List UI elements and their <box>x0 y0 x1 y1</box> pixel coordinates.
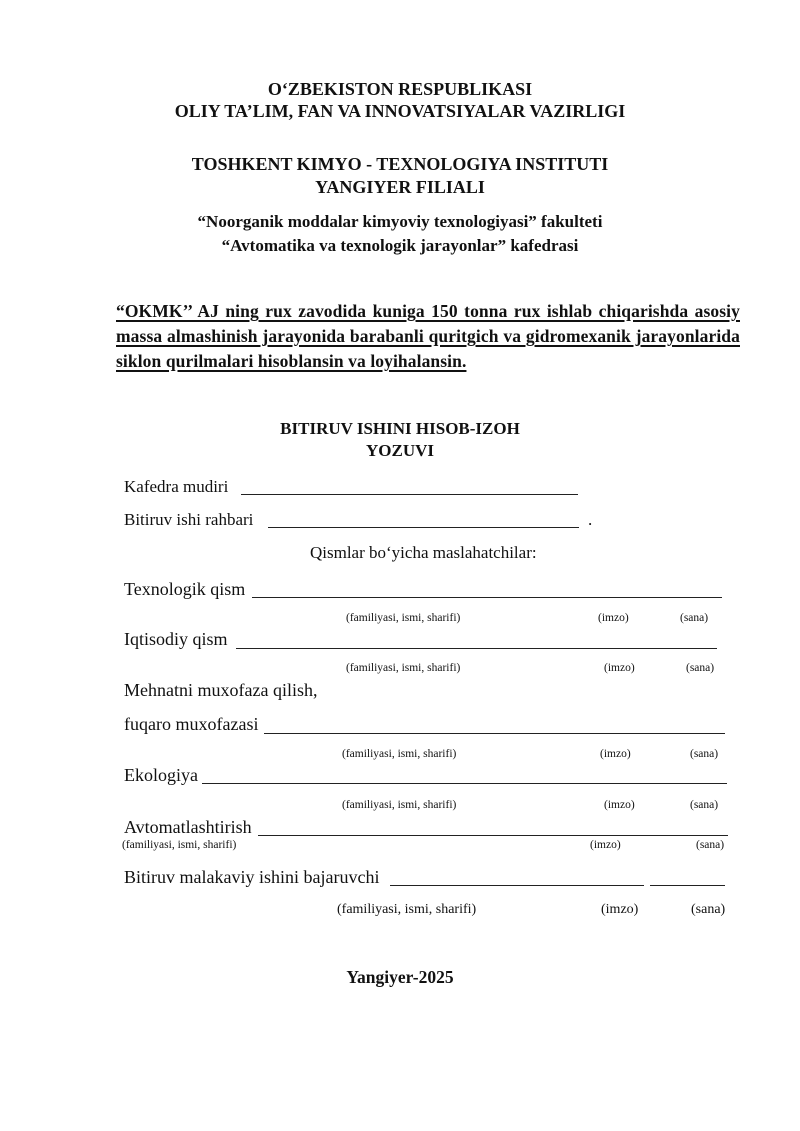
technological-part-signature-line[interactable] <box>252 597 722 598</box>
supervisor-signature-line[interactable] <box>268 527 579 528</box>
date-caption: (sana) <box>686 661 714 675</box>
performer-name-line[interactable] <box>390 885 644 886</box>
name-caption: (familiyasi, ismi, sharifi) <box>346 611 460 625</box>
name-caption: (familiyasi, ismi, sharifi) <box>122 838 236 852</box>
performer-date-line[interactable] <box>650 885 725 886</box>
faculty-title: “Noorganik moddalar kimyoviy texnologiya… <box>0 210 800 234</box>
signature-caption: (imzo) <box>600 747 631 761</box>
date-caption: (sana) <box>690 747 718 761</box>
name-caption: (familiyasi, ismi, sharifi) <box>342 747 456 761</box>
ecology-label: Ekologiya <box>124 765 198 785</box>
date-caption: (sana) <box>690 798 718 812</box>
head-of-department-label: Kafedra mudiri <box>124 477 228 497</box>
name-caption: (familiyasi, ismi, sharifi) <box>337 902 476 918</box>
date-caption: (sana) <box>680 611 708 625</box>
name-caption: (familiyasi, ismi, sharifi) <box>342 798 456 812</box>
economic-part-label: Iqtisodiy qism <box>124 629 228 649</box>
department-title: “Avtomatika va texnologik jarayonlar” ka… <box>0 234 800 258</box>
supervisor-label: Bitiruv ishi rahbari <box>124 510 253 530</box>
signature-caption: (imzo) <box>604 798 635 812</box>
technological-part-label: Texnologik qism <box>124 579 245 599</box>
document-title-line2: YOZUVI <box>0 440 800 462</box>
consultants-heading: Qismlar bo‘yicha maslahatchilar: <box>310 543 537 563</box>
economic-part-signature-line[interactable] <box>236 648 717 649</box>
date-caption: (sana) <box>696 838 724 852</box>
supervisor-suffix: . <box>588 510 592 530</box>
automation-label: Avtomatlashtirish <box>124 817 252 837</box>
labor-protection-signature-line[interactable] <box>264 733 725 734</box>
signature-caption: (imzo) <box>598 611 629 625</box>
signature-caption: (imzo) <box>604 661 635 675</box>
signature-caption: (imzo) <box>590 838 621 852</box>
city-year: Yangiyer-2025 <box>0 966 800 988</box>
country-title: O‘ZBEKISTON RESPUBLIKASI <box>0 78 800 100</box>
ministry-title: OLIY TA’LIM, FAN VA INNOVATSIYALAR VAZIR… <box>0 100 800 122</box>
date-caption: (sana) <box>691 902 725 918</box>
thesis-topic: “OKMK’’ AJ ning rux zavodida kuniga 150 … <box>116 299 740 374</box>
labor-protection-label-line2: fuqaro muxofazasi <box>124 714 258 734</box>
performer-label: Bitiruv malakaviy ishini bajaruvchi <box>124 867 379 887</box>
signature-caption: (imzo) <box>601 902 638 918</box>
labor-protection-label-line1: Mehnatni muxofaza qilish, <box>124 680 317 700</box>
automation-signature-line[interactable] <box>258 835 728 836</box>
name-caption: (familiyasi, ismi, sharifi) <box>346 661 460 675</box>
institute-title: TOSHKENT KIMYO - TEXNOLOGIYA INSTITUTI <box>0 153 800 175</box>
ecology-signature-line[interactable] <box>202 783 727 784</box>
branch-title: YANGIYER FILIALI <box>0 176 800 198</box>
document-title-line1: BITIRUV ISHINI HISOB-IZOH <box>0 418 800 440</box>
head-of-department-signature-line[interactable] <box>241 494 578 495</box>
